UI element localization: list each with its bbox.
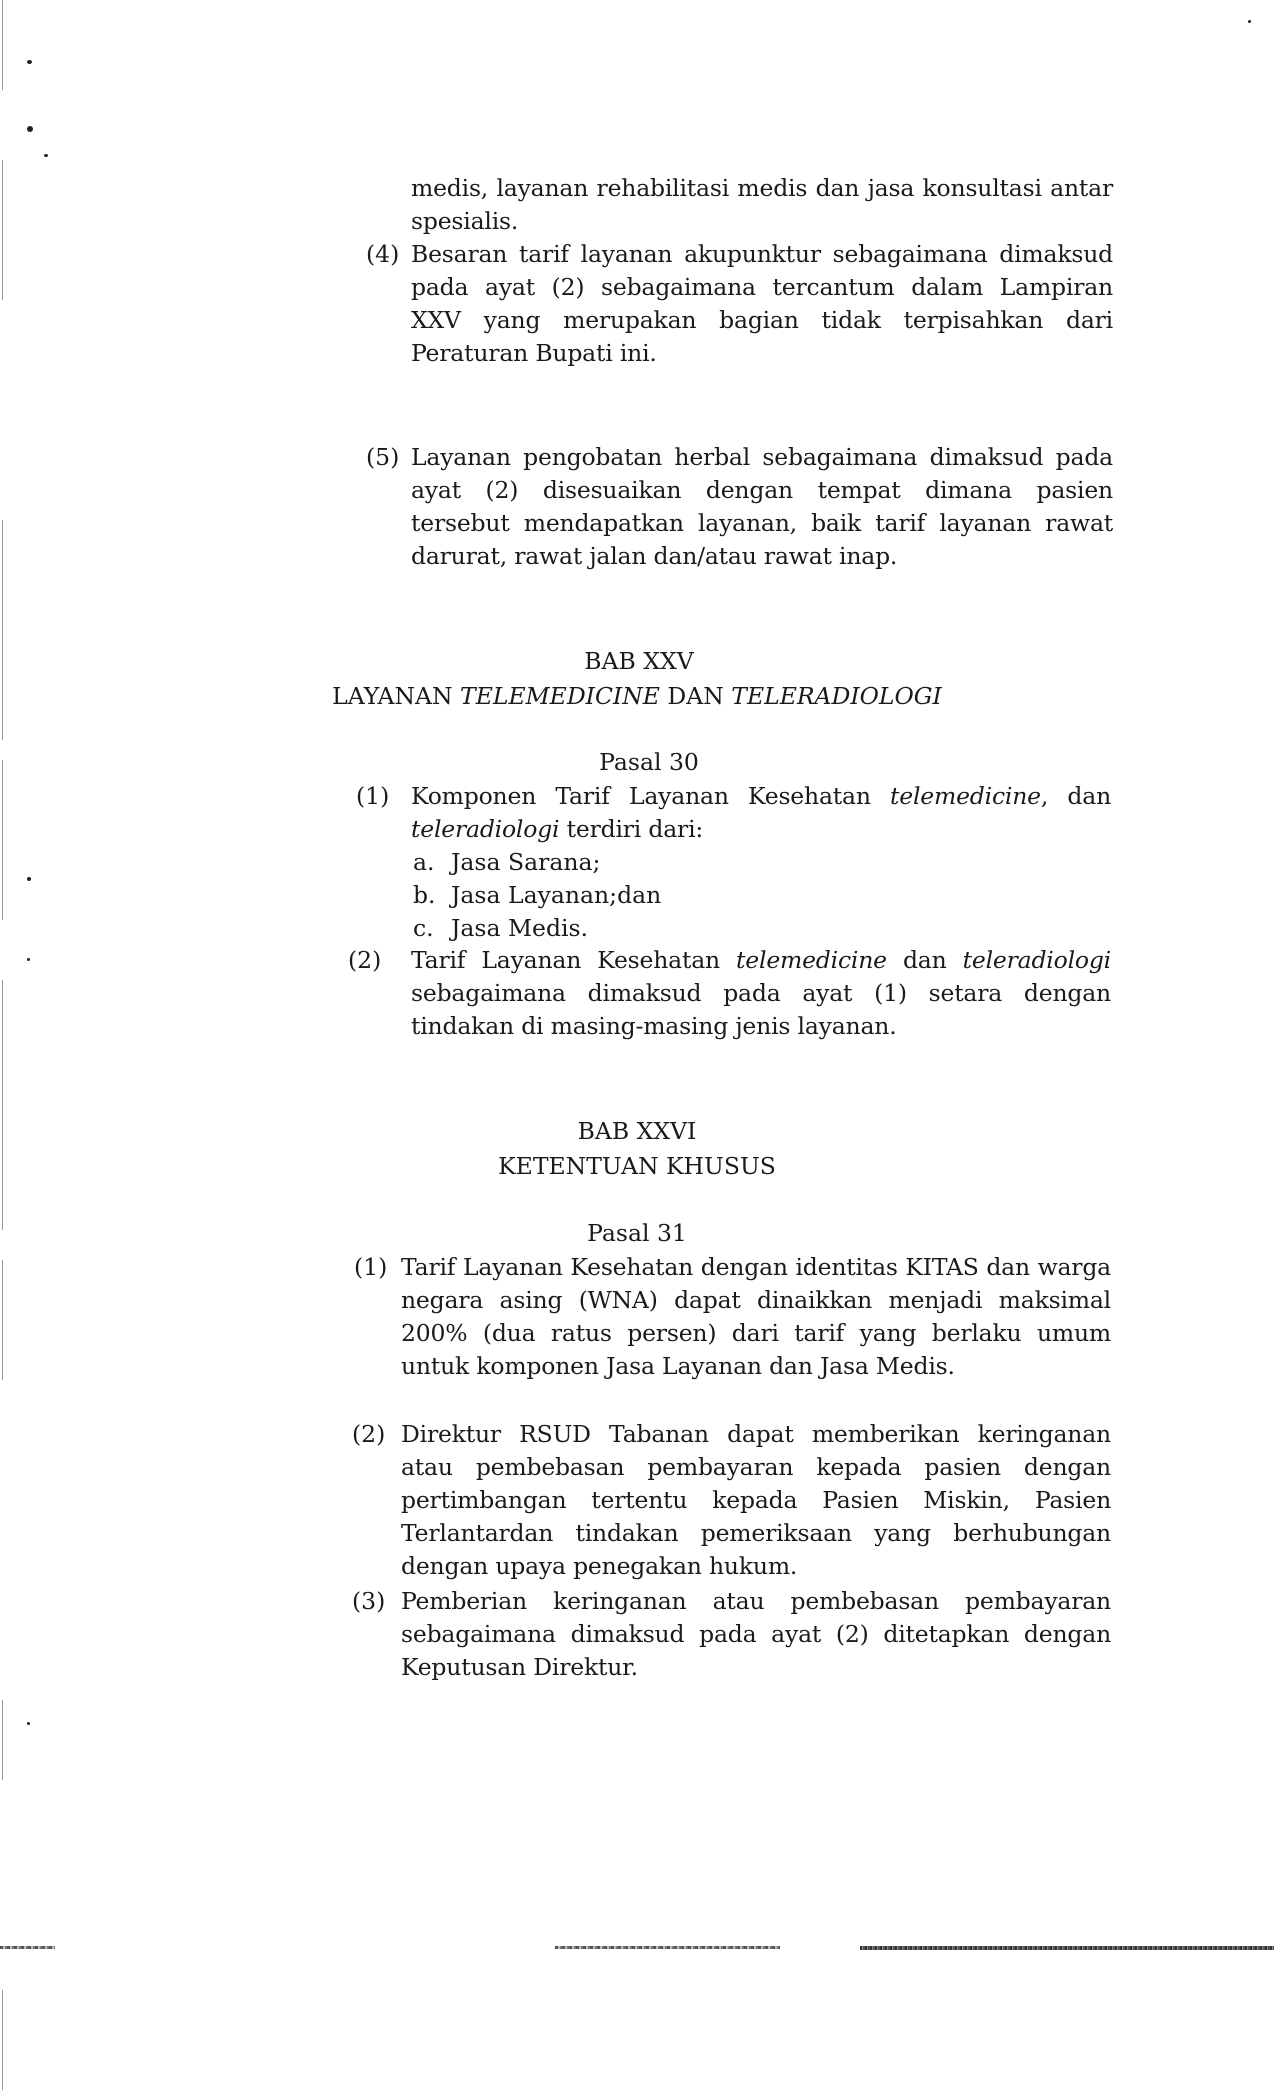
pasal31-item-3: Pemberian keringanan atau pembebasan pem… [401,1585,1111,1684]
chapter-subtitle-part: LAYANAN [332,682,460,710]
item-number: (1) [356,780,389,813]
item-number: (1) [354,1251,387,1284]
item-number: (2) [348,944,381,977]
item-number: (2) [352,1418,385,1451]
scan-speck [27,877,31,881]
italic-term: telemedicine [890,782,1041,810]
article-title: Pasal 31 [0,1217,1274,1250]
list-text: Jasa Sarana; [451,848,600,876]
list-marker: c. [413,912,451,945]
text-part: terdiri dari: [559,815,703,843]
italic-term: teleradiologi [963,946,1111,974]
pasal29-item-4: Besaran tarif layanan akupunktur sebagai… [411,238,1113,370]
continuation-paragraph: medis, layanan rehabilitasi medis dan ja… [411,172,1113,238]
pasal30-item-1: Komponen Tarif Layanan Kesehatan telemed… [411,780,1111,846]
text-part: dan [887,946,963,974]
pasal29-item-5: Layanan pengobatan herbal sebagaimana di… [411,441,1113,573]
text-part: Tarif Layanan Kesehatan [411,946,736,974]
text-part: sebagaimana dimaksud pada ayat (1) setar… [411,979,1111,1040]
pasal31-item-1: Tarif Layanan Kesehatan dengan identitas… [401,1251,1111,1383]
scan-speck [44,154,48,157]
chapter-subtitle-italic: TELERADIOLOGI [731,682,942,710]
italic-term: telemedicine [736,946,887,974]
chapter-subtitle-part: DAN [660,682,731,710]
scan-rule [0,1946,55,1949]
scan-edge-line [2,160,3,300]
pasal31-item-2: Direktur RSUD Tabanan dapat memberikan k… [401,1418,1111,1583]
scan-speck [27,126,33,132]
scan-edge-line [2,1990,3,2090]
scan-edge-line [2,760,3,920]
scan-speck [27,958,30,961]
list-item: b.Jasa Layanan;dan [413,879,661,912]
article-title: Pasal 30 [0,746,1274,779]
scan-edge-line [2,0,3,90]
scan-speck [27,1722,30,1725]
scan-speck [27,60,32,64]
list-marker: a. [413,846,451,879]
chapter-subtitle: KETENTUAN KHUSUS [0,1150,1274,1183]
scan-edge-line [2,1260,3,1380]
list-text: Jasa Medis. [451,914,588,942]
item-number: (5) [366,441,399,474]
list-text: Jasa Layanan;dan [451,881,661,909]
text-part: Komponen Tarif Layanan Kesehatan [411,782,890,810]
scan-rule [860,1946,1274,1950]
list-marker: b. [413,879,451,912]
list-item: a.Jasa Sarana; [413,846,600,879]
scan-edge-line [2,980,3,1230]
scan-edge-line [2,1700,3,1780]
list-item: c.Jasa Medis. [413,912,588,945]
item-number: (3) [352,1585,385,1618]
chapter-subtitle-italic: TELEMEDICINE [460,682,660,710]
text-part: , dan [1041,782,1111,810]
italic-term: teleradiologi [411,815,559,843]
scan-speck [1248,20,1251,23]
item-number: (4) [366,238,399,271]
chapter-title: BAB XXV [0,645,1274,678]
document-page: medis, layanan rehabilitasi medis dan ja… [0,0,1274,2098]
chapter-subtitle: LAYANAN TELEMEDICINE DAN TELERADIOLOGI [0,680,1274,713]
scan-rule [555,1946,780,1949]
pasal30-item-2: Tarif Layanan Kesehatan telemedicine dan… [411,944,1111,1043]
chapter-title: BAB XXVI [0,1115,1274,1148]
